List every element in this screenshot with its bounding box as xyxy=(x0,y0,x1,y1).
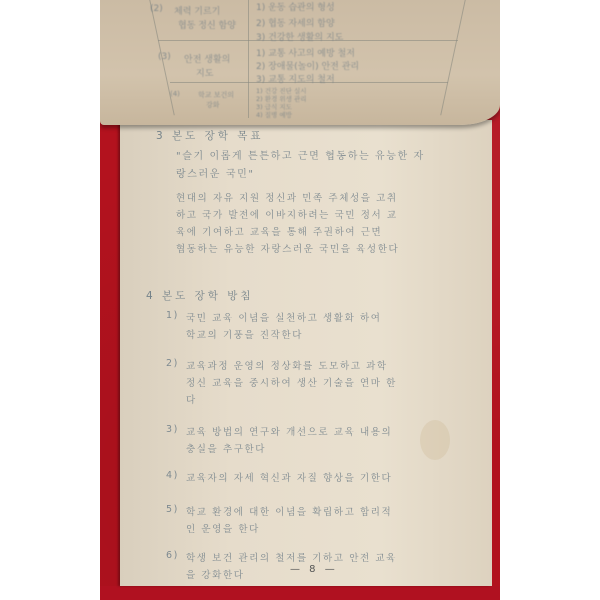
item-line: 학교의 기풍을 진작한다 xyxy=(186,327,303,341)
item-line: 교육과정 운영의 정상화를 도모하고 과학 xyxy=(186,358,388,372)
row-detail: 2) 장애물(놀이) 안전 관리 xyxy=(256,59,359,72)
row-label: 협동 정신 함양 xyxy=(178,18,236,31)
main-page: 3 본도 장학 목표 "슬기 이롭게 튼튼하고 근면 협동하는 유능한 자랑스러… xyxy=(120,120,492,586)
row-detail: 1) 운동 습관의 형성 xyxy=(256,0,335,13)
item-number: 2) xyxy=(166,358,179,369)
item-number: 5) xyxy=(166,504,179,515)
row-detail: 3) 교통 지도의 철저 xyxy=(256,72,335,85)
section-3-motto: "슬기 이롭게 튼튼하고 근면 협동하는 유능한 자랑스러운 국민" xyxy=(176,148,426,184)
row-label: 강화 xyxy=(206,100,220,110)
item-line: 다 xyxy=(186,392,197,406)
paper-stain xyxy=(420,420,450,460)
section-3-body-line: 협동하는 유능한 자랑스러운 국민을 육성한다 xyxy=(176,241,399,255)
row-number: (2) xyxy=(150,4,163,14)
row-label: 체력 기르기 xyxy=(174,4,220,17)
table-divider-vertical xyxy=(248,0,249,118)
row-detail: 2) 협동 자세의 함양 xyxy=(256,16,335,29)
item-number: 3) xyxy=(166,424,179,435)
section-3-body-line: 현대의 자유 지원 정신과 민족 주체성을 고취 xyxy=(176,190,398,204)
item-line: 을 강화한다 xyxy=(186,567,245,581)
item-line: 충실을 추구한다 xyxy=(186,441,266,455)
booklet-photo: (2) 체력 기르기 협동 정신 함양 1) 운동 습관의 형성 2) 협동 자… xyxy=(100,0,500,600)
row-label: 학교 보건의 xyxy=(198,90,234,100)
row-number: (4) xyxy=(170,90,180,98)
row-number: (3) xyxy=(158,52,171,62)
row-detail: 1) 교통 사고의 예방 철저 xyxy=(256,46,355,59)
item-line: 국민 교육 이념을 실천하고 생활화 하여 xyxy=(186,310,382,324)
page-number: — 8 — xyxy=(290,564,338,575)
table-border-right xyxy=(440,0,467,115)
section-3-body-line: 육에 기여하고 교육을 통해 주권하여 근면 xyxy=(176,224,382,238)
section-4-heading: 4 본도 장학 방침 xyxy=(146,288,254,303)
section-3-heading: 3 본도 장학 목표 xyxy=(156,128,264,143)
section-3-body-line: 하고 국가 발전에 이바지하려는 국민 정서 교 xyxy=(176,207,398,221)
item-line: 정신 교육을 중시하여 생산 기술을 연마 한 xyxy=(186,375,397,389)
item-line: 학생 보건 관리의 철저를 기하고 안전 교육 xyxy=(186,550,397,564)
row-label: 안전 생활의 xyxy=(184,52,230,65)
item-line: 학교 환경에 대한 이념을 확립하고 합리적 xyxy=(186,504,392,518)
item-line: 교육자의 자세 혁신과 자질 향상을 기한다 xyxy=(186,470,392,484)
previous-page-table: (2) 체력 기르기 협동 정신 함양 1) 운동 습관의 형성 2) 협동 자… xyxy=(148,0,466,118)
red-cloth-bottom xyxy=(100,586,500,600)
row-label: 지도 xyxy=(196,66,213,79)
item-number: 1) xyxy=(166,310,179,321)
previous-page-curled: (2) 체력 기르기 협동 정신 함양 1) 운동 습관의 형성 2) 협동 자… xyxy=(100,0,500,125)
row-detail: 3) 건강한 생활의 지도 xyxy=(256,30,343,43)
item-line: 인 운영을 한다 xyxy=(186,521,260,535)
item-line: 교육 방법의 연구와 개선으로 교육 내용의 xyxy=(186,424,392,438)
row-detail: 4) 질병 예방 xyxy=(256,110,292,119)
item-number: 4) xyxy=(166,470,179,481)
item-number: 6) xyxy=(166,550,179,561)
